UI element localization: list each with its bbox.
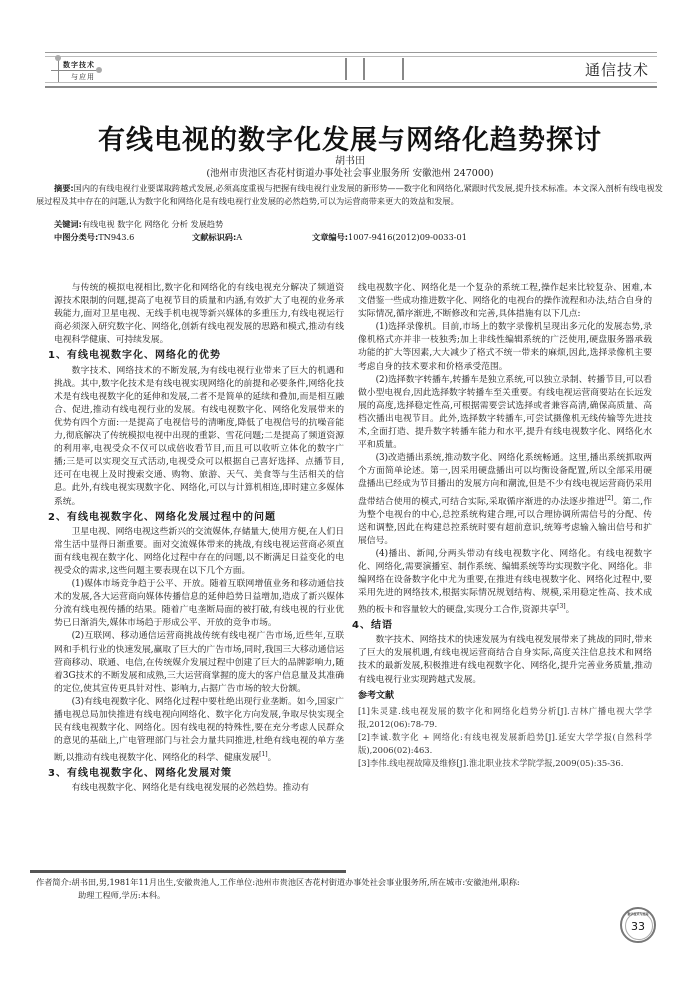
section-3-heading: 3、有线电视数字化、网络化发展对策 bbox=[48, 767, 344, 780]
paragraph: 卫星电视、网络电视这些新兴的交流媒体,存储量大,使用方便,在人们日常生活中显得日… bbox=[54, 526, 344, 578]
paragraph: (3)有线电视数字化、网络化过程中要杜绝出现行业垄断。如今,国家广播电视总局加快… bbox=[54, 696, 344, 765]
section-2-heading: 2、有线电视数字化、网络化发展过程中的问题 bbox=[48, 511, 344, 524]
abstract-text: 国内的有线电视行业要谋取跨越式发展,必须高度重视与把握有线电视行业发展的新形势—… bbox=[36, 183, 663, 206]
citation[interactable]: [1] bbox=[259, 751, 268, 758]
journal-logo-line2: 与应用 bbox=[71, 72, 95, 82]
logo-dot-icon bbox=[55, 55, 61, 61]
intro-paragraph: 与传统的模拟电视相比,数字化和网络化的有线电视充分解决了频道资源技术限制的问题,… bbox=[54, 282, 344, 347]
paragraph: (1)媒体市场竞争趋于公平、开放。随着互联网增值业务和移动通信技术的发展,各大运… bbox=[54, 578, 344, 630]
citation[interactable]: [3] bbox=[557, 603, 566, 610]
article-number: 文章编号:1007-9416(2012)09-0033-01 bbox=[312, 232, 467, 243]
keywords-label: 关键词: bbox=[54, 219, 82, 229]
page-header: 数字技术 与应用 通信技术 bbox=[45, 50, 657, 85]
abstract: 摘要:国内的有线电视行业要谋取跨越式发展,必须高度重视与把握有线电视行业发展的新… bbox=[36, 182, 666, 208]
paragraph: 数字技术、网络技术的不断发展,为有线电视行业带来了巨大的机遇和挑战。其中,数字化… bbox=[54, 365, 344, 509]
header-divider bbox=[363, 58, 365, 80]
journal-logo: 数字技术 与应用 bbox=[51, 57, 141, 82]
reference-item: [2]李诚.数字化 + 网络化:有线电视发展新趋势[J].延安大学学报(自然科学… bbox=[358, 731, 652, 757]
page-number: 33 bbox=[622, 920, 654, 933]
reference-item: [1]朱灵建.线电视发展的数字化和网络化趋势分析[J].吉林广播电视大学学报,2… bbox=[358, 705, 652, 731]
document-code: 文献标识码:A bbox=[192, 232, 242, 243]
header-divider bbox=[345, 58, 347, 80]
page-number-badge: 数字技术与应用 33 bbox=[620, 907, 656, 943]
left-column: 与传统的模拟电视相比,数字化和网络化的有线电视充分解决了频道资源技术限制的问题,… bbox=[54, 282, 344, 795]
paragraph: (4)播出、新闻,分两头带动有线电视数字化、网络化。有线电视数字化、网络化,需要… bbox=[358, 548, 652, 617]
section-1-heading: 1、有线电视数字化、网络化的优势 bbox=[48, 349, 344, 362]
paragraph-continued: 线电视数字化、网络化是一个复杂的系统工程,操作起来比较复杂、困难,本文借鉴一些成… bbox=[358, 282, 652, 321]
paragraph: (2)互联网、移动通信运营商挑战传统有线电视广告市场,近些年,互联网和手机行业的… bbox=[54, 630, 344, 695]
paragraph: (2)选择数字转播车,转播车是独立系统,可以独立录制、转播节目,可以看做小型电视… bbox=[358, 374, 652, 453]
abstract-label: 摘要: bbox=[54, 183, 74, 193]
paragraph: 数字技术、网络技术的快速发展为有线电视发展带来了挑战的同时,带来了巨大的发展机遇… bbox=[358, 634, 652, 686]
logo-dot-icon bbox=[96, 67, 102, 73]
author-affiliation: (池州市贵池区杏花村街道办事处社会事业服务所 安徽池州 247000) bbox=[0, 165, 700, 179]
keywords-text: 有线电视 数字化 网络化 分析 发展趋势 bbox=[82, 219, 223, 229]
keywords: 关键词:有线电视 数字化 网络化 分析 发展趋势 bbox=[54, 219, 223, 230]
logo-crosshair-horizontal bbox=[51, 70, 99, 71]
paragraph: (1)选择录像机。目前,市场上的数字录像机呈现出多元化的发展态势,录像机格式亦并… bbox=[358, 321, 652, 373]
right-column: 线电视数字化、网络化是一个复杂的系统工程,操作起来比较复杂、困难,本文借鉴一些成… bbox=[358, 282, 652, 770]
section-label: 通信技术 bbox=[585, 59, 649, 80]
author-bio: 作者简介:胡书田,男,1981年11月出生,安徽贵池人,工作单位:池州市贵池区杏… bbox=[36, 876, 666, 902]
badge-journal-text: 数字技术与应用 bbox=[622, 912, 654, 916]
references-heading: 参考文献 bbox=[358, 690, 652, 703]
clc-number: 中图分类号:TN943.6 bbox=[54, 232, 134, 243]
header-bottom-rule bbox=[45, 82, 657, 88]
section-4-heading: 4、结语 bbox=[352, 619, 652, 632]
reference-item: [3]李伟.线电视故障及维修[J].淮北职业技术学院学报,2009(05):35… bbox=[358, 757, 652, 770]
header-divider bbox=[402, 58, 404, 80]
paragraph: 有线电视数字化、网络化是有线电视发展的必然趋势。推动有 bbox=[54, 782, 344, 795]
footer-rule bbox=[30, 870, 346, 873]
paragraph: (3)改造播出系统,推动数字化、网络化系统畅通。这里,播出系统抓取两个方面简单论… bbox=[358, 452, 652, 548]
journal-logo-line1: 数字技术 bbox=[63, 60, 95, 70]
